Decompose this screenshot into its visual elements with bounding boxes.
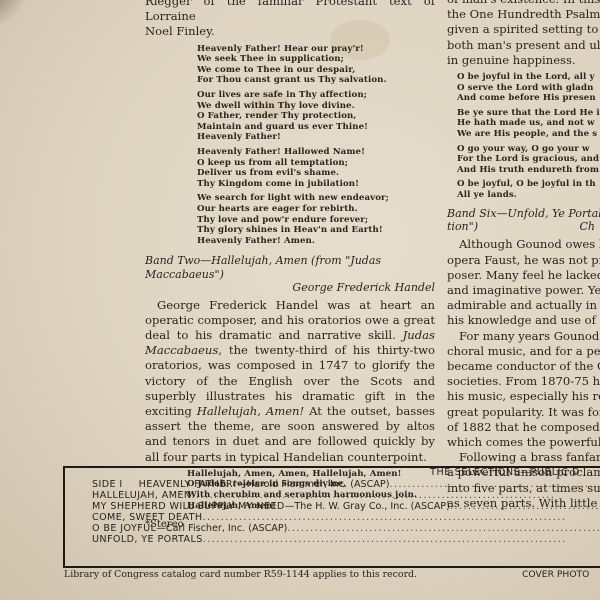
leader-dots: ........................................… (203, 534, 567, 545)
text-line: societies. From 1870-75 he live (447, 374, 600, 389)
lyric-line: O keep us from all temptation; (197, 158, 435, 169)
selection-publisher: —The H. W. Gray Co., Inc. (ASCAP) (285, 501, 450, 512)
lyric-line: We are His people, and the s (457, 129, 600, 140)
leader-dots: ........................................… (450, 501, 600, 512)
lyric-line: And His truth endureth from (457, 165, 600, 176)
right-column: of man's existence. In thisthe One Hundr… (447, 0, 600, 511)
left-column: Riegger of the familiar Protestant text … (145, 0, 435, 530)
selection-title: HEAVENLY FATHER! (139, 479, 238, 490)
selections-title: THE SELECTIONS—PUBLIC D (430, 467, 580, 478)
stanza: Heavenly Father! Hear our pray'r!We seek… (197, 44, 435, 86)
lyric-line: Deliver us from evil's shame. (197, 168, 435, 179)
text-line: poser. Many feel he lacked r (447, 268, 600, 283)
selection-publisher: —Carl Fischer, Inc. (ASCAP) (156, 523, 287, 534)
stanza: O go your way, O go your wFor the Lord i… (457, 144, 600, 176)
leader-dots: ........................................… (287, 523, 600, 534)
text-line: his music, especially his relig (447, 389, 600, 404)
text-line: of man's existence. In this (447, 0, 600, 7)
selections-list: SIDE IHEAVENLY FATHER!—Harold Flammer, I… (92, 479, 600, 545)
lyric-line: Heavenly Father! (197, 132, 435, 143)
selection-row: O BE JOYFUL—Carl Fischer, Inc. (ASCAP)..… (92, 523, 600, 534)
intro-line: Noel Finley. (145, 24, 435, 39)
selection-row: COME, SWEET DEATH.......................… (92, 512, 600, 523)
selection-title: COME, SWEET DEATH (92, 512, 202, 523)
stanza: We search for light with new endeavor;Ou… (197, 193, 435, 246)
text-line: great popularity. It was for the (447, 405, 600, 420)
text-line: in genuine happiness. (447, 53, 600, 68)
text-line: given a spirited setting to t (447, 22, 600, 37)
lyric-line: Thy love and pow'r endure forever; (197, 215, 435, 226)
lyric-line: Be ye sure that the Lord He i (457, 108, 600, 119)
catalog-note: Library of Congress catalog card number … (64, 569, 417, 580)
hymn-lyrics: Heavenly Father! Hear our pray'r!We seek… (197, 44, 435, 247)
stanza: O be joyful in the Lord, all yO serve th… (457, 72, 600, 104)
selection-row: HALLELUJAH, AMEN........................… (92, 490, 600, 501)
selection-publisher: —Harold Flammer, Inc. (ASCAP) (237, 479, 389, 490)
band-two-description: George Frederick Handel was at heart an … (145, 298, 435, 465)
text-line: Following a brass fanfare, th (447, 450, 600, 465)
text-line: For many years Gounod i (447, 329, 600, 344)
psalm-lyrics: O be joyful in the Lord, all yO serve th… (457, 72, 600, 201)
leader-dots: ........................................… (389, 479, 600, 490)
band-two-title: Band Two—Hallelujah, Amen (from "Judas M… (145, 254, 381, 280)
lyric-line: O be joyful in the Lord, all y (457, 72, 600, 83)
lyric-line: For the Lord is gracious, and (457, 154, 600, 165)
band-two-paragraph: George Frederick Handel was at heart an … (145, 298, 435, 465)
stanza: O be joyful, O be joyful in thAll ye lan… (457, 179, 600, 200)
text-line: and imaginative power. Yet a (447, 283, 600, 298)
text-line: Although Gounod owes hi (447, 237, 600, 252)
lyric-line: Maintain and guard us ever Thine! (197, 122, 435, 133)
leader-dots: ........................................… (191, 490, 555, 501)
lyric-line: O go your way, O go your w (457, 144, 600, 155)
lyric-line: He hath made us, and not w (457, 118, 600, 129)
text-line: his knowledge and use of orch (447, 313, 600, 328)
lyric-line: Thy glory shines in Heav'n and Earth! (197, 225, 435, 236)
italic-title: Hallelujah, Amen! (197, 404, 304, 418)
lyric-line: We seek Thee in supplication; (197, 54, 435, 65)
lyric-line: Heavenly Father! Hallowed Name! (197, 147, 435, 158)
lyric-line: We come to Thee in our despair, (197, 65, 435, 76)
text-line: became conductor of the Orphe (447, 359, 600, 374)
lyric-line: Heavenly Father! Hear our pray'r! (197, 44, 435, 55)
band-six-composer: Ch (580, 220, 596, 233)
selection-title: UNFOLD, YE PORTALS (92, 534, 203, 545)
lyric-line: Thy Kingdom come in jubilation! (197, 179, 435, 190)
side-label: SIDE I (92, 479, 123, 490)
text-line: which comes the powerful choru (447, 435, 600, 450)
lyric-line: O Father, render Thy protection, (197, 111, 435, 122)
stanza: Be ye sure that the Lord He iHe hath mad… (457, 108, 600, 140)
band-six-title-cont: tion") (447, 220, 478, 233)
corner-shadow (0, 0, 25, 30)
selection-title: HALLELUJAH, AMEN (92, 490, 191, 501)
band-six-title: Band Six—Unfold, Ye Portals (447, 207, 600, 220)
selection-row: SIDE IHEAVENLY FATHER!—Harold Flammer, I… (92, 479, 600, 490)
lyric-line: And come before His presen (457, 93, 600, 104)
lyric-line: All ye lands. (457, 190, 600, 201)
lyric-line: We search for light with new endeavor; (197, 193, 435, 204)
lyric-line: O serve the Lord with gladn (457, 83, 600, 94)
band-two-composer: George Frederick Handel (145, 281, 435, 294)
gounod-paragraph-2: For many years Gounod ichoral music, and… (447, 329, 600, 451)
band-six-heading: Band Six—Unfold, Ye Portals tion") Ch (447, 207, 600, 234)
lyric-line: O be joyful, O be joyful in th (457, 179, 600, 190)
text-run: George Frederick Handel was at heart an … (145, 298, 435, 342)
lyric-line: Our hearts are eager for rebirth. (197, 204, 435, 215)
selection-row: MY SHEPHERD WILL SUPPLY MY NEED—The H. W… (92, 501, 600, 512)
lyric-line: Heavenly Father! Amen. (197, 236, 435, 247)
right-intro-text: of man's existence. In thisthe One Hundr… (447, 0, 600, 68)
text-line: the One Hundredth Psalm, (447, 7, 600, 22)
cover-photo-credit: COVER PHOTO (522, 569, 589, 580)
text-line: opera Faust, he was not prim (447, 253, 600, 268)
lyric-line: We dwell within Thy love divine. (197, 101, 435, 112)
text-line: both man's present and ultim (447, 38, 600, 53)
leader-dots: ........................................… (202, 512, 566, 523)
stanza: Heavenly Father! Hallowed Name!O keep us… (197, 147, 435, 189)
lyric-line: For Thou canst grant us Thy salvation. (197, 75, 435, 86)
stanza: Our lives are safe in Thy affection;We d… (197, 90, 435, 143)
intro-line: Riegger of the familiar Protestant text … (145, 0, 435, 24)
selection-title: MY SHEPHERD WILL SUPPLY MY NEED (92, 501, 285, 512)
text-line: admirable and actually in adv (447, 298, 600, 313)
band-two-heading: Band Two—Hallelujah, Amen (from "Judas M… (145, 254, 435, 294)
selection-row: UNFOLD, YE PORTALS......................… (92, 534, 600, 545)
intro-text: Riegger of the familiar Protestant text … (145, 0, 435, 40)
text-line: of 1882 that he composed Th (447, 420, 600, 435)
lyric-line: Our lives are safe in Thy affection; (197, 90, 435, 101)
text-line: choral music, and for a period c (447, 344, 600, 359)
selection-title: O BE JOYFUL (92, 523, 156, 534)
gounod-paragraph-1: Although Gounod owes hiopera Faust, he w… (447, 237, 600, 328)
